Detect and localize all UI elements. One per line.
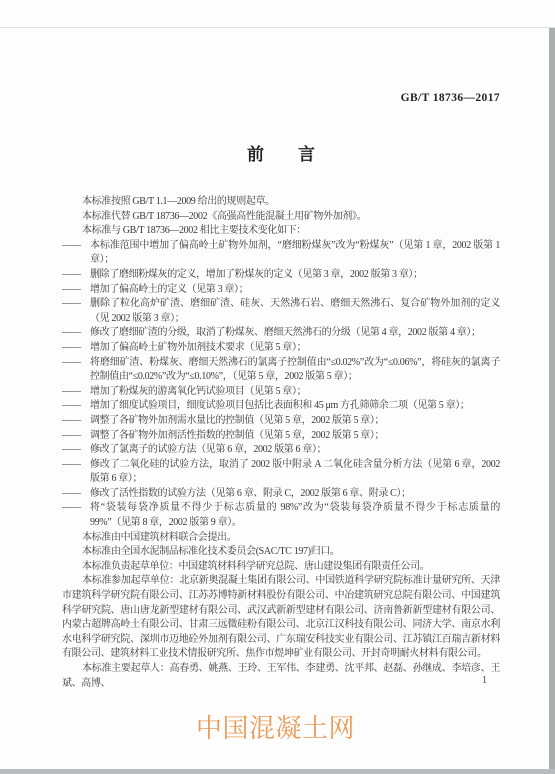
list-item-text: 修改了氯离子的试验方法（见第 6 章，2002 版第 6 章）； <box>90 444 326 455</box>
doc-code: GB/T 18736—2017 <box>401 92 500 104</box>
dash-prefix: —— <box>62 326 80 341</box>
paragraph: 本标准由全国水泥制品标准化技术委员会(SAC/TC 197)归口。 <box>62 545 500 560</box>
list-item-text: 将“袋装每袋净质量不得少于标志质量的 98%”改为“袋装每袋净质量不得少于标志质… <box>90 502 500 528</box>
watermark: 中国混凝土网 <box>196 708 355 745</box>
list-item: ——删除了粒化高炉矿渣、磨细矿渣、硅灰、天然沸石岩、磨细天然沸石、复合矿物外加剂… <box>62 297 500 326</box>
dash-prefix: —— <box>62 239 80 254</box>
paragraph: 本标准与 GB/T 18736—2002 相比主要技术变化如下： <box>62 224 500 239</box>
dash-prefix: —— <box>62 501 80 516</box>
paragraph: 本标准主要起草人：高春勇、姚燕、王玲、王军伟、李建勇、沈平邦、赵磊、孙继成、李培… <box>62 662 500 691</box>
list-item: ——修改了磨细矿渣的分级，取消了粉煤灰、磨细天然沸石的分级（见第 4 章，200… <box>62 326 500 341</box>
list-item-text: 修改了活性指数的试验方法（见第 6 章、附录 C，2002 版第 6 章、附录 … <box>90 488 411 499</box>
dash-prefix: —— <box>62 385 80 400</box>
dash-prefix: —— <box>62 414 80 429</box>
list-item-text: 修改了磨细矿渣的分级，取消了粉煤灰、磨细天然沸石的分级（见第 4 章，2002 … <box>90 327 481 338</box>
document-page: GB/T 18736—2017 前 言 本标准按照 GB/T 1.1—2009 … <box>0 0 555 774</box>
dash-prefix: —— <box>62 356 80 371</box>
dash-prefix: —— <box>62 458 80 473</box>
dash-prefix: —— <box>62 268 80 283</box>
foreword-body: 本标准按照 GB/T 1.1—2009 给出的规则起草。本标准代替 GB/T 1… <box>62 195 500 691</box>
dash-prefix: —— <box>62 297 80 312</box>
paragraph: 本标准负责起草单位：中国建筑材料科学研究总院、唐山建设集团有限责任公司。 <box>62 560 500 575</box>
list-item-text: 增加了偏高岭土矿物外加剂技术要求（见第 5 章）； <box>90 342 306 353</box>
list-item: ——调整了各矿物外加剂需水量比的控制值（见第 5 章，2002 版第 5 章）； <box>62 414 500 429</box>
list-item: ——将磨细矿渣、粉煤灰、磨细天然沸石的氯离子控制值由“≤0.02%”改为“≤0.… <box>62 356 500 385</box>
list-item-text: 删除了粒化高炉矿渣、磨细矿渣、硅灰、天然沸石岩、磨细天然沸石、复合矿物外加剂的定… <box>90 298 500 324</box>
list-item-text: 删除了磨细粉煤灰的定义，增加了粉煤灰的定义（见第 3 章，2002 版第 3 章… <box>90 269 423 280</box>
dash-prefix: —— <box>62 283 80 298</box>
scan-bottom-edge <box>0 769 555 774</box>
list-item: ——增加了偏高岭土的定义（见第 3 章）； <box>62 283 500 298</box>
paragraph: 本标准参加起草单位：北京新奥混凝土集团有限公司、中国铁道科学研究院标准计量研究所… <box>62 574 500 662</box>
scan-right-edge <box>549 28 555 774</box>
list-item-text: 本标准范围中增加了偏高岭土矿物外加剂，“磨细粉煤灰”改为“粉煤灰”（见第 1 章… <box>90 240 500 266</box>
list-item-text: 增加了粉煤灰的游离氧化钙试验项目（见第 5 章）； <box>90 386 306 397</box>
list-item-text: 将磨细矿渣、粉煤灰、磨细天然沸石的氯离子控制值由“≤0.02%”改为“≤0.06… <box>90 357 500 383</box>
dash-prefix: —— <box>62 429 80 444</box>
list-item: ——增加了细度试验项目，细度试验项目包括比表面积和 45 μm 方孔筛筛余二项（… <box>62 399 500 414</box>
dash-prefix: —— <box>62 341 80 356</box>
list-item: ——删除了磨细粉煤灰的定义，增加了粉煤灰的定义（见第 3 章，2002 版第 3… <box>62 268 500 283</box>
list-item: ——增加了粉煤灰的游离氧化钙试验项目（见第 5 章）； <box>62 385 500 400</box>
list-item: ——修改了二氧化硅的试验方法，取消了 2002 版中附录 A 二氧化硅含量分析方… <box>62 458 500 487</box>
scan-top-edge <box>0 27 555 28</box>
dash-prefix: —— <box>62 487 80 502</box>
list-item-text: 调整了各矿物外加剂活性指数的控制值（见第 5 章，2002 版第 5 章）； <box>90 430 384 441</box>
page-number: 1 <box>482 675 487 686</box>
list-item: ——本标准范围中增加了偏高岭土矿物外加剂，“磨细粉煤灰”改为“粉煤灰”（见第 1… <box>62 239 500 268</box>
list-item: ——增加了偏高岭土矿物外加剂技术要求（见第 5 章）； <box>62 341 500 356</box>
list-item: ——将“袋装每袋净质量不得少于标志质量的 98%”改为“袋装每袋净质量不得少于标… <box>62 501 500 530</box>
list-item-text: 增加了偏高岭土的定义（见第 3 章）； <box>90 284 248 295</box>
paragraph: 本标准由中国建筑材料联合会提出。 <box>62 531 500 546</box>
list-item: ——修改了氯离子的试验方法（见第 6 章，2002 版第 6 章）； <box>62 443 500 458</box>
page-title: 前 言 <box>62 140 500 165</box>
paragraph: 本标准代替 GB/T 18736—2002《高强高性能混凝土用矿物外加剂》。 <box>62 210 500 225</box>
dash-prefix: —— <box>62 399 80 414</box>
dash-prefix: —— <box>62 443 80 458</box>
list-item-text: 修改了二氧化硅的试验方法，取消了 2002 版中附录 A 二氧化硅含量分析方法（… <box>90 459 500 485</box>
paragraph: 本标准按照 GB/T 1.1—2009 给出的规则起草。 <box>62 195 500 210</box>
list-item-text: 调整了各矿物外加剂需水量比的控制值（见第 5 章，2002 版第 5 章）； <box>90 415 384 426</box>
list-item: ——修改了活性指数的试验方法（见第 6 章、附录 C，2002 版第 6 章、附… <box>62 487 500 502</box>
list-item: ——调整了各矿物外加剂活性指数的控制值（见第 5 章，2002 版第 5 章）； <box>62 429 500 444</box>
list-item-text: 增加了细度试验项目，细度试验项目包括比表面积和 45 μm 方孔筛筛余二项（见第… <box>90 400 470 411</box>
